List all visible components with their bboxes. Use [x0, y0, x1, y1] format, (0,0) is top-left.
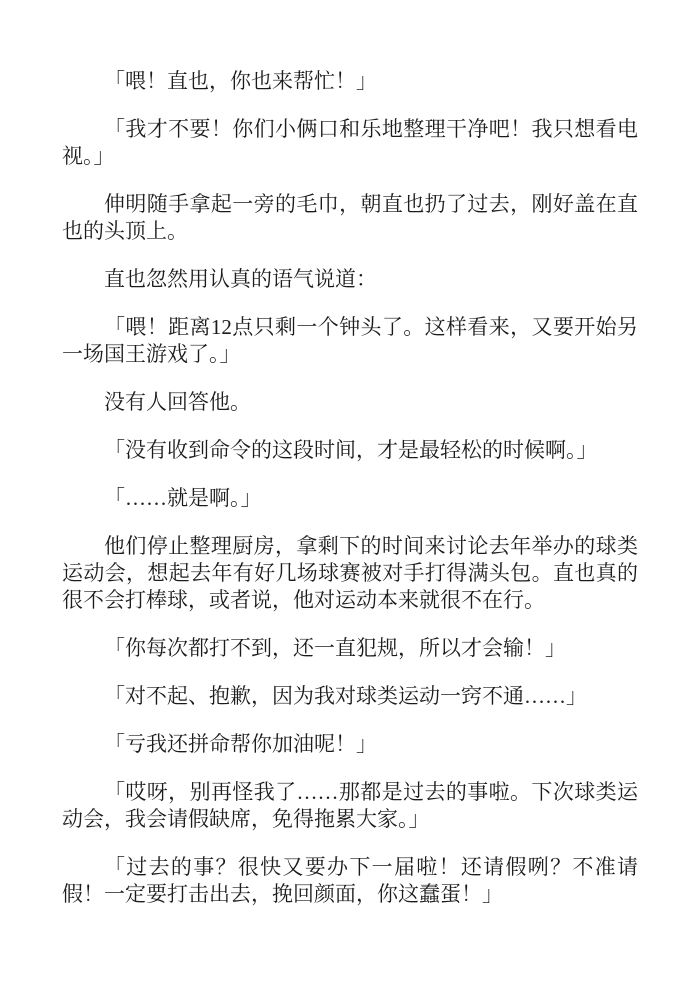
novel-page: 「喂！直也，你也来帮忙！」 「我才不要！你们小俩口和乐地整理干净吧！我只想看电视… — [0, 0, 700, 992]
paragraph-dialogue-6: 「你每次都打不到，还一直犯规，所以才会输！」 — [62, 635, 638, 662]
paragraph-dialogue-9: 「哎呀，别再怪我了……那都是过去的事啦。下次球类运动会，我会请假缺席，免得拖累大… — [62, 779, 638, 833]
paragraph-dialogue-4: 「没有收到命令的这段时间，才是最轻松的时候啊。」 — [62, 437, 638, 464]
paragraph-dialogue-7: 「对不起、抱歉，因为我对球类运动一窍不通……」 — [62, 683, 638, 710]
paragraph-dialogue-1: 「喂！直也，你也来帮忙！」 — [62, 68, 638, 95]
paragraph-dialogue-2: 「我才不要！你们小俩口和乐地整理干净吧！我只想看电视。」 — [62, 116, 638, 170]
paragraph-narration-2: 直也忽然用认真的语气说道： — [62, 266, 638, 293]
paragraph-narration-1: 伸明随手拿起一旁的毛巾，朝直也扔了过去，刚好盖在直也的头顶上。 — [62, 191, 638, 245]
paragraph-narration-3: 没有人回答他。 — [62, 389, 638, 416]
paragraph-dialogue-8: 「亏我还拼命帮你加油呢！」 — [62, 731, 638, 758]
paragraph-dialogue-3: 「喂！距离12点只剩一个钟头了。这样看来，又要开始另一场国王游戏了。」 — [62, 314, 638, 368]
paragraph-narration-4: 他们停止整理厨房，拿剩下的时间来讨论去年举办的球类运动会，想起去年有好几场球赛被… — [62, 533, 638, 614]
paragraph-dialogue-5: 「……就是啊。」 — [62, 485, 638, 512]
paragraph-dialogue-10: 「过去的事？很快又要办下一届啦！还请假咧？不准请假！一定要打击出去，挽回颜面，你… — [62, 854, 638, 908]
